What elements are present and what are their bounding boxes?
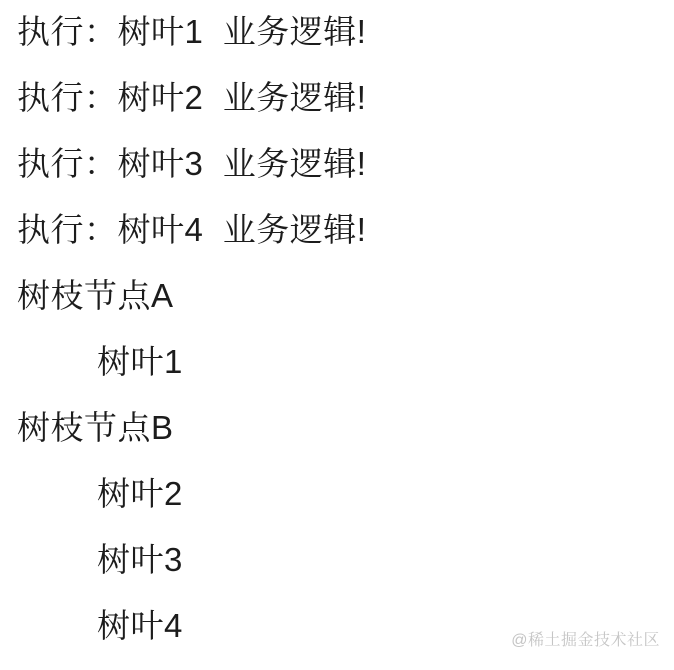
console-log-line: 执行：树叶2 业务逻辑! [0,62,674,128]
console-log-line: 执行：树叶1 业务逻辑! [0,0,674,62]
console-log-line: 执行：树叶4 业务逻辑! [0,194,674,260]
tree-leaf-label: 树叶3 [0,524,674,590]
console-log-line: 执行：树叶3 业务逻辑! [0,128,674,194]
console-lines: 执行：树叶1 业务逻辑! 执行：树叶2 业务逻辑! 执行：树叶3 业务逻辑! 执… [0,0,674,656]
tree-branch-label: 树枝节点A [0,260,674,326]
tree-leaf-label: 树叶2 [0,458,674,524]
tree-leaf-label: 树叶1 [0,326,674,392]
watermark: @稀土掘金技术社区 [511,627,660,650]
console-output: 执行：树叶1 业务逻辑! 执行：树叶2 业务逻辑! 执行：树叶3 业务逻辑! 执… [0,0,674,666]
tree-branch-label: 树枝节点B [0,392,674,458]
